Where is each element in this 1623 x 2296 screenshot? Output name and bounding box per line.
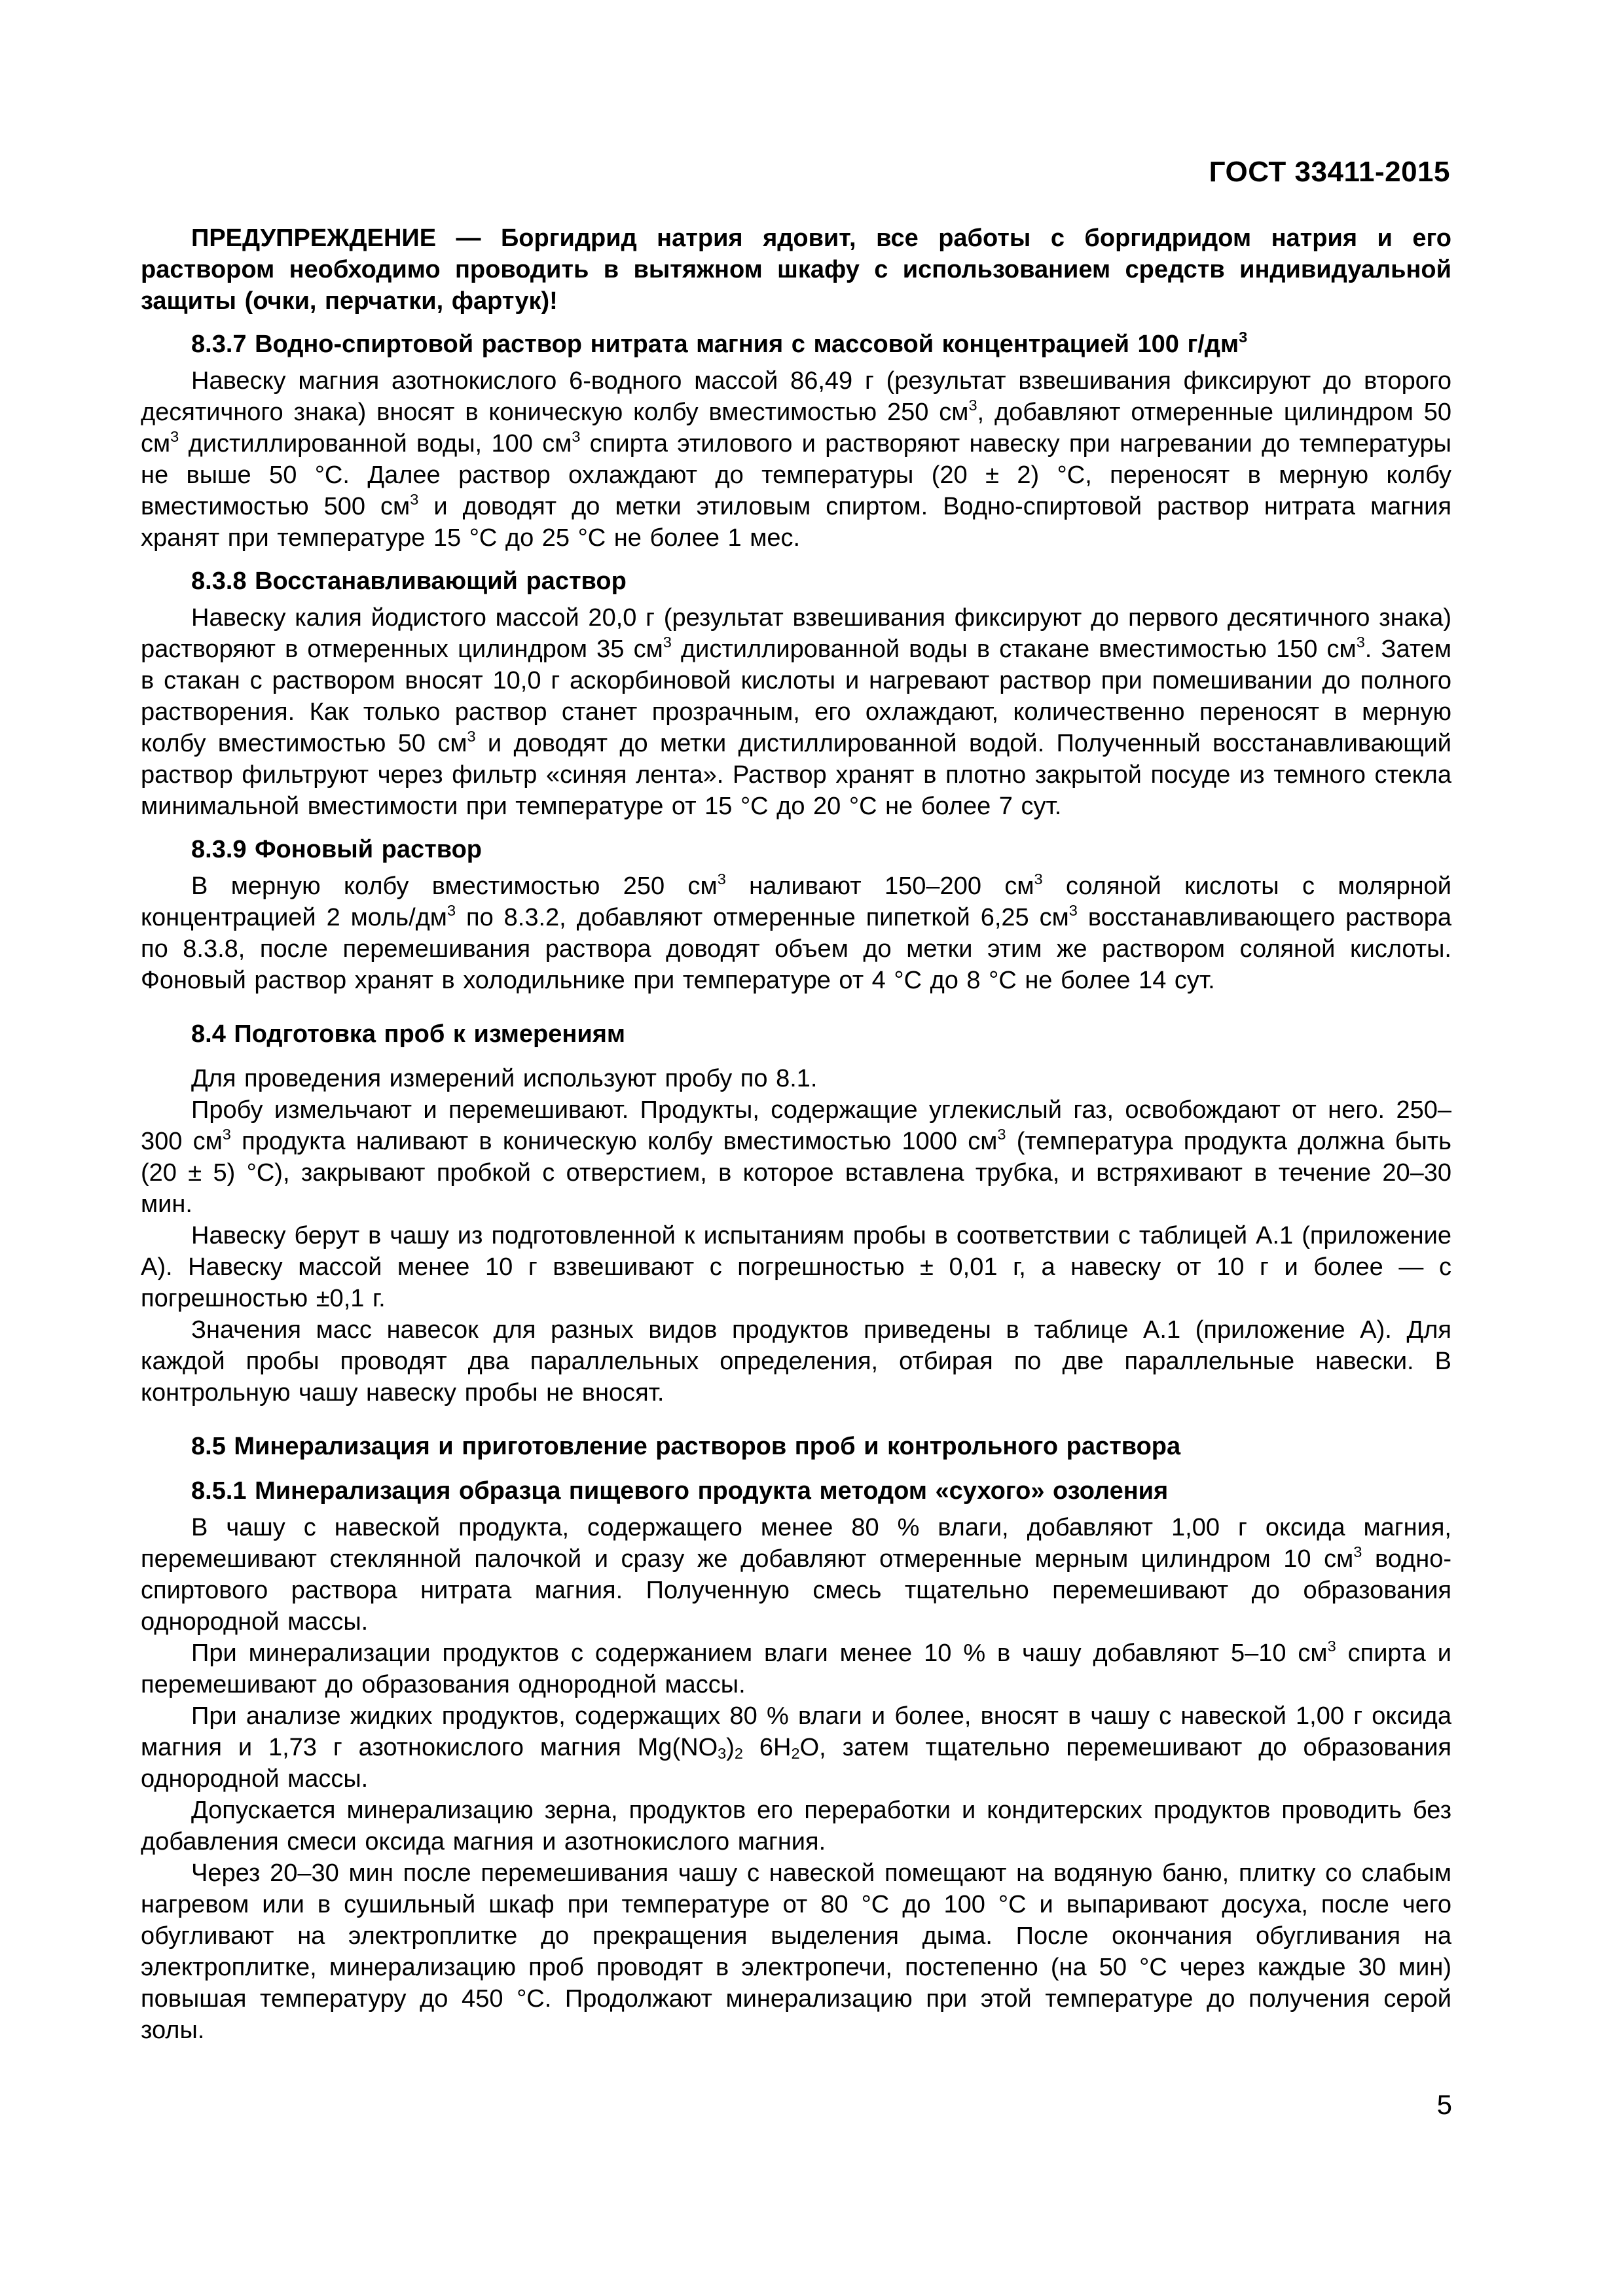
subscript: 2 [735, 1745, 743, 1762]
superscript: 3 [1034, 870, 1042, 888]
superscript: 3 [410, 491, 418, 508]
superscript: 3 [1069, 902, 1078, 919]
subscript: 3 [718, 1745, 726, 1762]
paragraph-8-4-1: Для проведения измерений используют проб… [141, 1063, 1451, 1094]
page-header: ГОСТ 33411-2015 [1209, 156, 1450, 188]
page-number: 5 [1437, 2089, 1452, 2120]
superscript: 3 [1328, 1638, 1336, 1655]
superscript: 3 [1239, 329, 1247, 346]
paragraph-8-4-2: Пробу измельчают и перемешивают. Продукт… [141, 1094, 1451, 1220]
superscript: 3 [447, 902, 456, 919]
document-body: ПРЕДУПРЕЖДЕНИЕ — Боргидрид натрия ядовит… [141, 223, 1451, 2046]
superscript: 3 [1357, 634, 1365, 651]
paragraph-8-5-1-2: При минерализации продуктов с содержание… [141, 1638, 1451, 1700]
paragraph-8-4-3: Навеску берут в чашу из подготовленной к… [141, 1220, 1451, 1314]
paragraph-8-3-7: Навеску магния азотнокислого 6-водного м… [141, 365, 1451, 554]
paragraph-8-5-1-3: При анализе жидких продуктов, содержащих… [141, 1700, 1451, 1795]
document-page: ГОСТ 33411-2015 ПРЕДУПРЕЖДЕНИЕ — Боргидр… [0, 0, 1623, 2296]
paragraph-8-5-1-1: В чашу с навеской продукта, содержащего … [141, 1512, 1451, 1638]
page-footer: 5 [1437, 2089, 1452, 2121]
paragraph-8-5-1-5: Через 20–30 мин после перемешивания чашу… [141, 1857, 1451, 2046]
superscript: 3 [997, 1126, 1006, 1143]
superscript: 3 [718, 870, 726, 888]
heading-8-5: 8.5 Минерализация и приготовление раство… [141, 1431, 1451, 1462]
heading-8-3-9: 8.3.9 Фоновый раствор [141, 834, 1451, 865]
paragraph-8-3-9: В мерную колбу вместимостью 250 см3 нали… [141, 870, 1451, 996]
heading-8-3-8: 8.3.8 Восстанавливающий раствор [141, 565, 1451, 597]
document-number: ГОСТ 33411-2015 [1209, 156, 1450, 188]
superscript: 3 [1353, 1543, 1362, 1560]
heading-8-4: 8.4 Подготовка проб к измерениям [141, 1018, 1451, 1050]
subscript: 2 [792, 1745, 800, 1762]
superscript: 3 [170, 428, 179, 445]
paragraph-8-4-4: Значения масс навесок для разных видов п… [141, 1314, 1451, 1408]
superscript: 3 [572, 428, 580, 445]
paragraph-8-3-8: Навеску калия йодистого массой 20,0 г (р… [141, 602, 1451, 822]
heading-8-5-1: 8.5.1 Минерализация образца пищевого про… [141, 1475, 1451, 1507]
heading-8-3-7: 8.3.7 Водно-спиртовой раствор нитрата ма… [141, 329, 1451, 360]
superscript: 3 [663, 634, 672, 651]
superscript: 3 [223, 1126, 231, 1143]
superscript: 3 [467, 728, 475, 745]
warning-paragraph: ПРЕДУПРЕЖДЕНИЕ — Боргидрид натрия ядовит… [141, 223, 1451, 317]
superscript: 3 [968, 397, 977, 414]
paragraph-8-5-1-4: Допускается минерализацию зерна, продукт… [141, 1795, 1451, 1857]
